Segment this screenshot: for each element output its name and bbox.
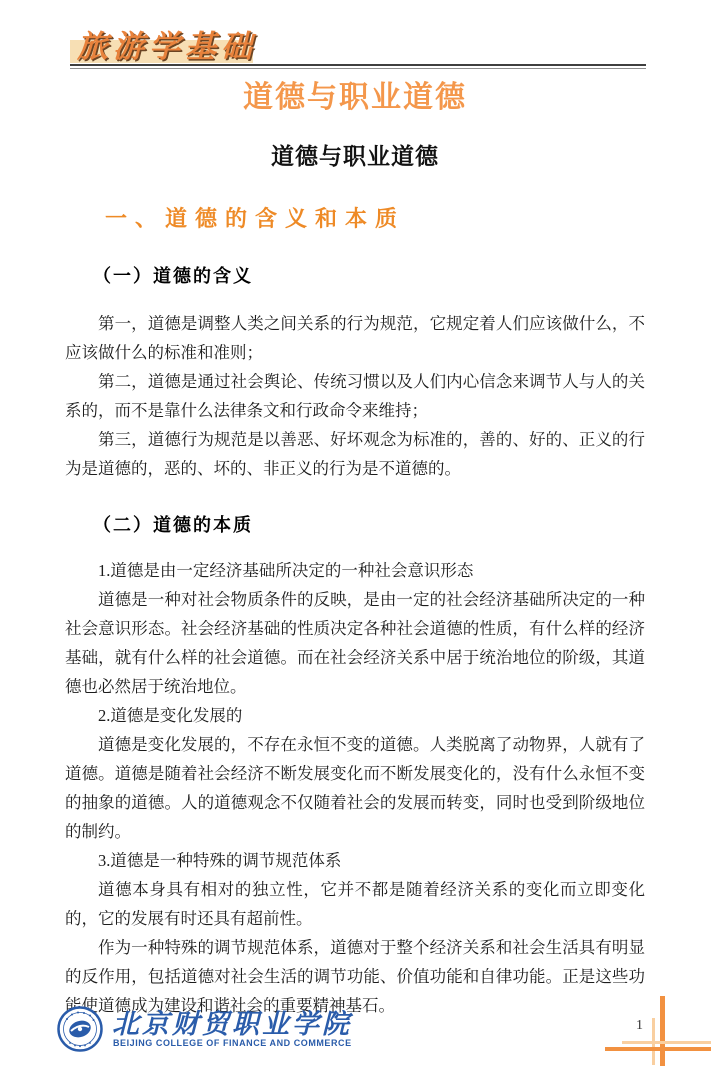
page-title: 道德与职业道德 — [65, 80, 645, 116]
subsection-heading-1: （一）道德的含义 — [93, 266, 645, 287]
corner-decoration-horizontal-dark — [605, 1047, 711, 1051]
page-number: 1 — [636, 1018, 643, 1034]
paragraph: 道德是变化发展的，不存在永恒不变的道德。人类脱离了动物界，人就有了道德。道德是随… — [65, 730, 645, 846]
booklet-title: 旅游学基础 — [77, 21, 257, 66]
item-title: 2.道德是变化发展的 — [65, 701, 645, 730]
document-page: 旅游学基础 道德与职业道德 道德与职业道德 一、道德的含义和本质 （一）道德的含… — [0, 0, 711, 1066]
subsection-2-body: 1.道德是由一定经济基础所决定的一种社会意识形态 道德是一种对社会物质条件的反映… — [65, 556, 645, 1020]
item-title: 3.道德是一种特殊的调节规范体系 — [65, 846, 645, 875]
item-title: 1.道德是由一定经济基础所决定的一种社会意识形态 — [65, 556, 645, 585]
content-area: 道德与职业道德 道德与职业道德 一、道德的含义和本质 （一）道德的含义 第一，道… — [65, 80, 645, 1020]
subsection-1-body: 第一，道德是调整人类之间关系的行为规范，它规定着人们应该做什么，不应该做什么的标… — [65, 309, 645, 483]
header-rule — [70, 64, 646, 69]
paragraph: 第三，道德行为规范是以善恶、好坏观念为标准的，善的、好的、正义的行为是道德的，恶… — [65, 425, 645, 483]
corner-decoration-horizontal-light — [622, 1041, 711, 1044]
paragraph: 第一，道德是调整人类之间关系的行为规范，它规定着人们应该做什么，不应该做什么的标… — [65, 309, 645, 367]
section-heading: 一、道德的含义和本质 — [105, 206, 645, 232]
paragraph: 第二，道德是通过社会舆论、传统习惯以及人们内心信念来调节人与人的关系的，而不是靠… — [65, 367, 645, 425]
paragraph: 道德本身具有相对的独立性，它并不都是随着经济关系的变化而立即变化的，它的发展有时… — [65, 875, 645, 933]
page-subtitle: 道德与职业道德 — [65, 142, 645, 170]
subsection-heading-2: （二）道德的本质 — [93, 515, 645, 536]
college-name-zh: 北京财贸职业学院 — [112, 1002, 352, 1041]
college-name-en: BEIJING COLLEGE OF FINANCE AND COMMERCE — [113, 1038, 352, 1048]
corner-decoration-vertical-dark — [660, 996, 665, 1066]
paragraph: 道德是一种对社会物质条件的反映，是由一定的社会经济基础所决定的一种社会意识形态。… — [65, 585, 645, 701]
college-emblem-icon — [57, 1006, 103, 1052]
